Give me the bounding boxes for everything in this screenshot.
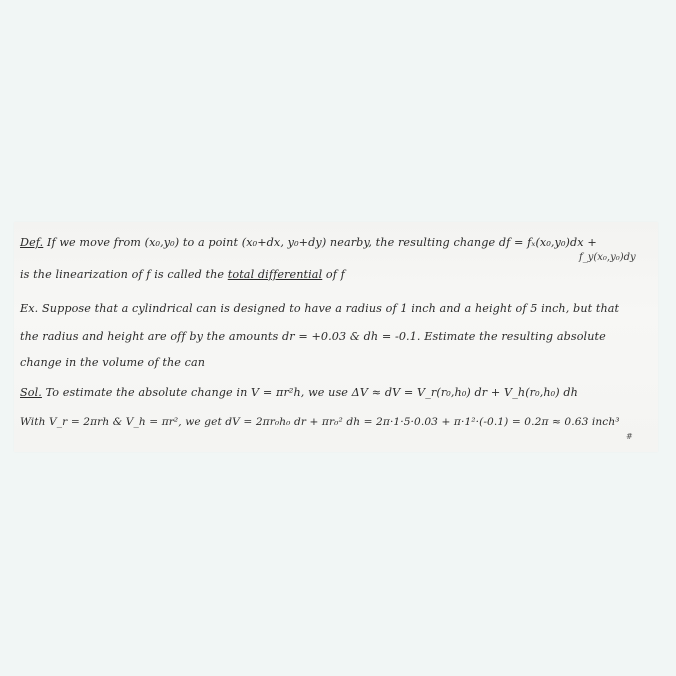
solution-text-1: To estimate the absolute change in V = π…: [46, 386, 578, 399]
definition-line: Def. If we move from (x₀,y₀) to a point …: [20, 236, 597, 249]
definition-text-2-end: of f: [322, 268, 345, 281]
definition-text-2: is the linearization of f is called the: [20, 268, 228, 281]
example-text-1: Suppose that a cylindrical can is design…: [42, 302, 619, 315]
example-label: Ex.: [20, 302, 38, 315]
definition-line-2: is the linearization of f is called the …: [20, 268, 345, 281]
example-text-2: the radius and height are off by the amo…: [20, 330, 606, 343]
definition-label: Def.: [20, 236, 43, 249]
total-differential-term: total differential: [228, 268, 322, 281]
definition-continuation: f_y(x₀,y₀)dy: [579, 252, 636, 263]
example-text-3: change in the volume of the can: [20, 356, 205, 369]
solution-line-2: With V_r = 2πrh & V_h = πr², we get dV =…: [20, 416, 620, 428]
solution-text-2: With V_r = 2πrh & V_h = πr², we get dV =…: [20, 416, 620, 428]
end-mark: #: [626, 432, 633, 441]
definition-text: If we move from (x₀,y₀) to a point (x₀+d…: [47, 236, 597, 249]
solution-line-1: Sol. To estimate the absolute change in …: [20, 386, 578, 399]
page-background: Def. If we move from (x₀,y₀) to a point …: [0, 0, 676, 676]
solution-label: Sol.: [20, 386, 42, 399]
example-line-1: Ex. Suppose that a cylindrical can is de…: [20, 302, 619, 315]
handwritten-note-paper: Def. If we move from (x₀,y₀) to a point …: [14, 222, 658, 452]
example-line-2: the radius and height are off by the amo…: [20, 330, 606, 343]
example-line-3: change in the volume of the can: [20, 356, 205, 369]
